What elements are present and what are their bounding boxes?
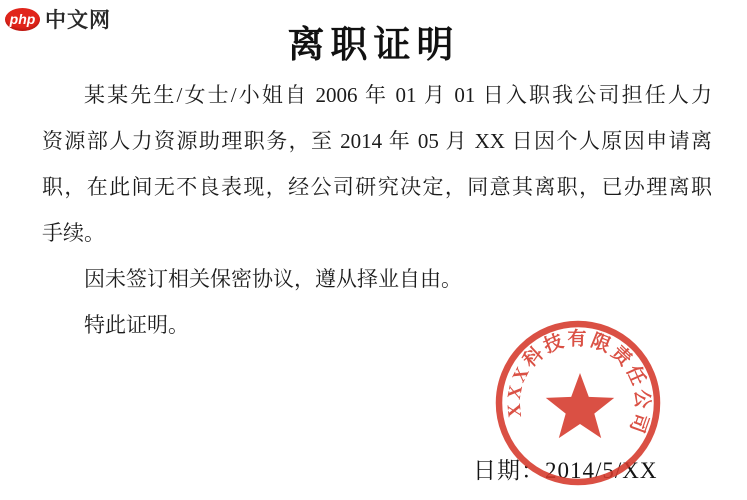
body-line: 职，在此间无不良表现，经公司研究决定，同意其离职，已办理离职 [42, 164, 712, 210]
body-line: 因未签订相关保密协议，遵从择业自由。 [42, 256, 712, 302]
certificate-body: 某某先生/女士/小姐自 2006 年 01 月 01 日入职我公司担任人力 资源… [42, 72, 712, 348]
body-line: 某某先生/女士/小姐自 2006 年 01 月 01 日入职我公司担任人力 [42, 72, 712, 118]
certificate-title: 离职证明 [0, 14, 747, 68]
certificate-page: php 中文网 离职证明 某某先生/女士/小姐自 2006 年 01 月 01 … [0, 0, 747, 500]
body-line: 手续。 [42, 210, 712, 256]
body-line: 资源部人力资源助理职务，至 2014 年 05 月 XX 日因个人原因申请离 [42, 118, 712, 164]
seal-star-icon [546, 373, 614, 438]
company-seal: XXXX科技有限责任公司 [488, 313, 668, 493]
